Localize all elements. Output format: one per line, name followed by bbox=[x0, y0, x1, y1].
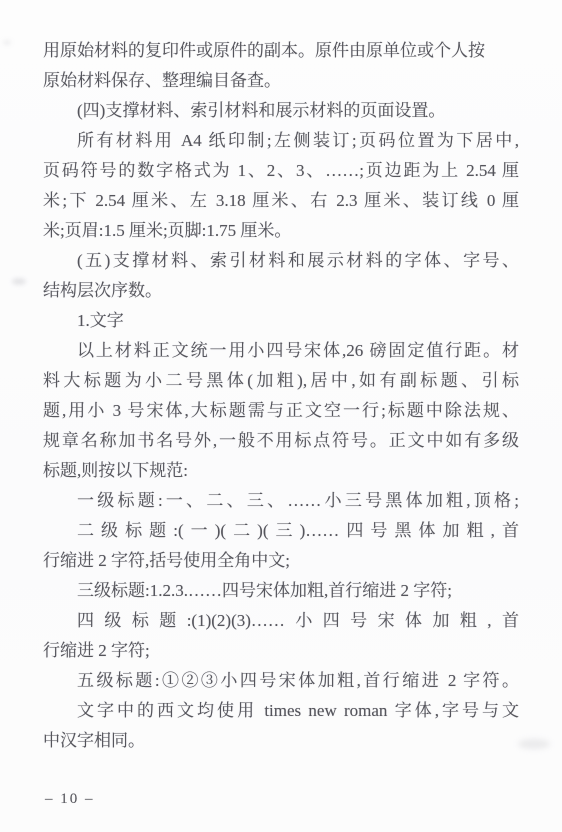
text-line: 页码符号的数字格式为 1、2、3、……;页边距为上 2.54 厘 bbox=[43, 156, 519, 186]
text-line: 五级标题:①②③小四号宋体加粗,首行缩进 2 字符。 bbox=[43, 666, 519, 696]
scan-smudge bbox=[12, 278, 26, 285]
scan-smudge bbox=[518, 739, 550, 749]
text-line: 料大标题为小二号黑体(加粗),居中,如有副标题、引标 bbox=[43, 366, 519, 396]
text-line: 用原始材料的复印件或原件的副本。原件由原单位或个人按 bbox=[43, 36, 519, 66]
text-line: 一级标题:一、二、三、……小三号黑体加粗,顶格; bbox=[43, 486, 519, 516]
text-line: 文字中的西文均使用 times new roman 字体,字号与文 bbox=[43, 696, 519, 726]
text-line: 米;页眉:1.5 厘米;页脚:1.75 厘米。 bbox=[43, 216, 519, 246]
text-line: 原始材料保存、整理编目备查。 bbox=[43, 66, 519, 96]
text-line: 三级标题:1.2.3.……四号宋体加粗,首行缩进 2 字符; bbox=[43, 576, 519, 606]
text-line: 以上材料正文统一用小四号宋体,26 磅固定值行距。材 bbox=[43, 336, 519, 366]
text-line: 规章名称加书名号外,一般不用标点符号。正文中如有多级 bbox=[43, 426, 519, 456]
text-line: 四级标题:(1)(2)(3)……小四号宋体加粗,首 bbox=[43, 606, 519, 636]
text-line: 米;下 2.54 厘米、左 3.18 厘米、右 2.3 厘米、装订线 0 厘 bbox=[43, 186, 519, 216]
scanned-document-page: 用原始材料的复印件或原件的副本。原件由原单位或个人按原始材料保存、整理编目备查。… bbox=[0, 0, 562, 832]
scan-smudge bbox=[3, 40, 11, 45]
document-text-block: 用原始材料的复印件或原件的副本。原件由原单位或个人按原始材料保存、整理编目备查。… bbox=[43, 36, 519, 756]
text-line: 题,用小 3 号宋体,大标题需与正文空一行;标题中除法规、 bbox=[43, 396, 519, 426]
text-line: 所有材料用 A4 纸印制;左侧装订;页码位置为下居中, bbox=[43, 126, 519, 156]
page-number: – 10 – bbox=[45, 791, 95, 808]
text-line: 标题,则按以下规范: bbox=[43, 456, 519, 486]
text-line: 1.文字 bbox=[43, 306, 519, 336]
text-line: 行缩进 2 字符; bbox=[43, 636, 519, 666]
text-line: 结构层次序数。 bbox=[43, 276, 519, 306]
text-line: 中汉字相同。 bbox=[43, 726, 519, 756]
text-line: 二级标题:(一)(二)(三)……四号黑体加粗,首 bbox=[43, 516, 519, 546]
text-line: 行缩进 2 字符,括号使用全角中文; bbox=[43, 546, 519, 576]
text-line: (四)支撑材料、索引材料和展示材料的页面设置。 bbox=[43, 96, 519, 126]
text-line: (五)支撑材料、索引材料和展示材料的字体、字号、 bbox=[43, 246, 519, 276]
